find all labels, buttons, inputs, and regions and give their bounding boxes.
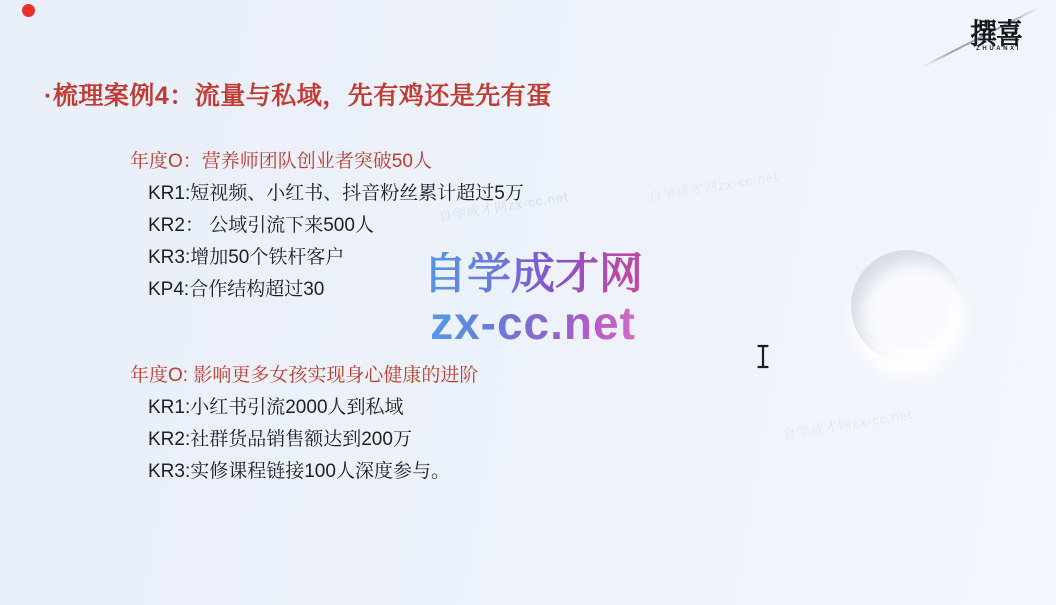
faint-watermark-ghost: 自学成才网zx-cc.net bbox=[647, 166, 779, 205]
text-cursor-icon bbox=[756, 344, 770, 369]
brand-logo-subtext: ZHUANXI bbox=[976, 46, 1021, 52]
watermark-domain: zx-cc.net bbox=[416, 300, 650, 346]
key-result: KR2： 公域引流下来500人 bbox=[130, 210, 524, 242]
embossed-circle-decoration bbox=[851, 250, 963, 362]
brand-logo: 撰喜 ZHUANXI bbox=[926, 6, 1042, 68]
key-result: KR1:小红书引流2000人到私域 bbox=[130, 392, 478, 424]
objective-heading: 年度O：营养师团队创业者突破50人 bbox=[130, 146, 524, 178]
slide-title: ·梳理案例4：流量与私域，先有鸡还是先有蛋 bbox=[44, 76, 552, 112]
key-result: KR1:短视频、小红书、抖音粉丝累计超过5万 bbox=[130, 178, 524, 210]
key-result: KR3:实修课程链接100人深度参与。 bbox=[130, 456, 478, 488]
slide: 撰喜 ZHUANXI ·梳理案例4：流量与私域，先有鸡还是先有蛋 自学成才网zx… bbox=[0, 0, 1056, 605]
faint-watermark-ghost: 自学成才网zx-cc.net bbox=[781, 404, 913, 443]
objective-heading: 年度O: 影响更多女孩实现身心健康的进阶 bbox=[130, 360, 478, 392]
recording-indicator-dot bbox=[22, 4, 35, 17]
watermark-site-name: 自学成才网 bbox=[416, 252, 650, 296]
key-result: KR2:社群货品销售额达到200万 bbox=[130, 424, 478, 456]
site-watermark: 自学成才网 zx-cc.net bbox=[416, 252, 650, 346]
okr-section-2: 年度O: 影响更多女孩实现身心健康的进阶 KR1:小红书引流2000人到私域 K… bbox=[130, 360, 478, 488]
